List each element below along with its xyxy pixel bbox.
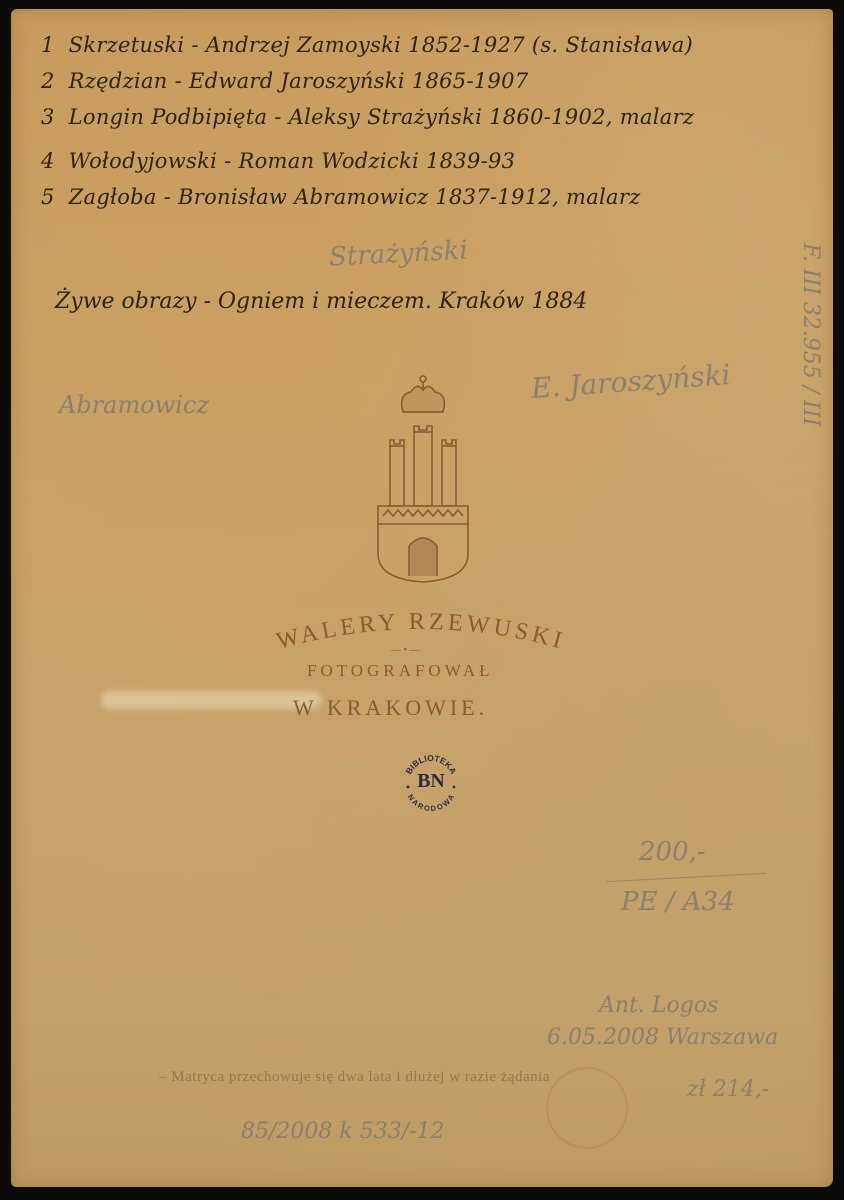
list-item-2: 2 Rzędzian - Edward Jaroszyński 1865-190… [41,69,529,93]
list-item-3: 3 Longin Podbipięta - Aleksy Strażyński … [41,105,694,129]
svg-text:WALERY RZEWUSKI: WALERY RZEWUSKI [274,609,568,655]
imprint-fotografowal: FOTOGRAFOWAŁ [307,661,494,681]
printed-footer-note: – Matryca przechowuje się dwa lata i dłu… [159,1069,550,1086]
list-text: Rzędzian - Edward Jaroszyński 1865-1907 [69,69,529,93]
svg-text:BIBLIOTEKA: BIBLIOTEKA [403,753,458,776]
list-item-5: 5 Zagłoba - Bronisław Abramowicz 1837-19… [41,185,641,209]
pencil-signature-jaroszynski: E. Jaroszyński [530,358,731,405]
svg-text:NARODOWA: NARODOWA [406,792,457,813]
list-text: Longin Podbipięta - Aleksy Strażyński 18… [69,105,695,129]
inventory-price-note: zł 214,- [687,1077,769,1102]
photographer-name: WALERY RZEWUSKI [274,609,568,655]
title-line: Żywe obrazy - Ogniem i mieczem. Kraków 1… [55,289,587,314]
list-item-4: 4 Wołodyjowski - Roman Wodzicki 1839-93 [41,149,515,173]
water-stain [101,691,321,709]
margin-inventory-note: F. III 32.955 / III [798,243,823,426]
stamp-bottom-text: NARODOWA [406,792,457,813]
list-number: 3 [41,105,55,129]
list-text: Zagłoba - Bronisław Abramowicz 1837-1912… [69,185,641,209]
footer-dash: – [159,1069,171,1085]
krakow-coat-of-arms-icon [373,364,473,584]
stamp-top-text: BIBLIOTEKA [403,753,458,776]
pencil-code: PE / A34 [621,887,735,917]
pencil-signature-abramowicz: Abramowicz [59,391,209,419]
price-divider-line [606,873,766,882]
list-number: 5 [41,185,55,209]
pencil-name-strazynski: Strażyński [328,235,468,272]
list-number: 2 [41,69,55,93]
list-item-1: 1 Skrzetuski - Andrzej Zamoyski 1852-192… [41,33,693,57]
list-text: Skrzetuski - Andrzej Zamoyski 1852-1927 … [69,33,693,57]
accession-number: 85/2008 k 533/-12 [241,1119,445,1144]
acquisition-source: Ant. Logos [599,993,718,1018]
photograph-card-verso: 1 Skrzetuski - Andrzej Zamoyski 1852-192… [11,9,833,1187]
imprint-w-krakowie: W KRAKOWIE. [293,695,488,721]
list-number: 1 [41,33,55,57]
list-text: Wołodyjowski - Roman Wodzicki 1839-93 [69,149,516,173]
acquisition-date-place: 6.05.2008 Warszawa [547,1025,778,1050]
biblioteka-narodowa-stamp: BIBLIOTEKA NARODOWA BN [399,749,463,813]
pencil-price: 200,- [639,837,706,867]
list-number: 4 [41,149,55,173]
ring-stain [546,1067,628,1149]
imprint-divider: — • — [391,645,420,656]
footer-text: Matryca przechowuje się dwa lata i dłuże… [171,1069,550,1085]
